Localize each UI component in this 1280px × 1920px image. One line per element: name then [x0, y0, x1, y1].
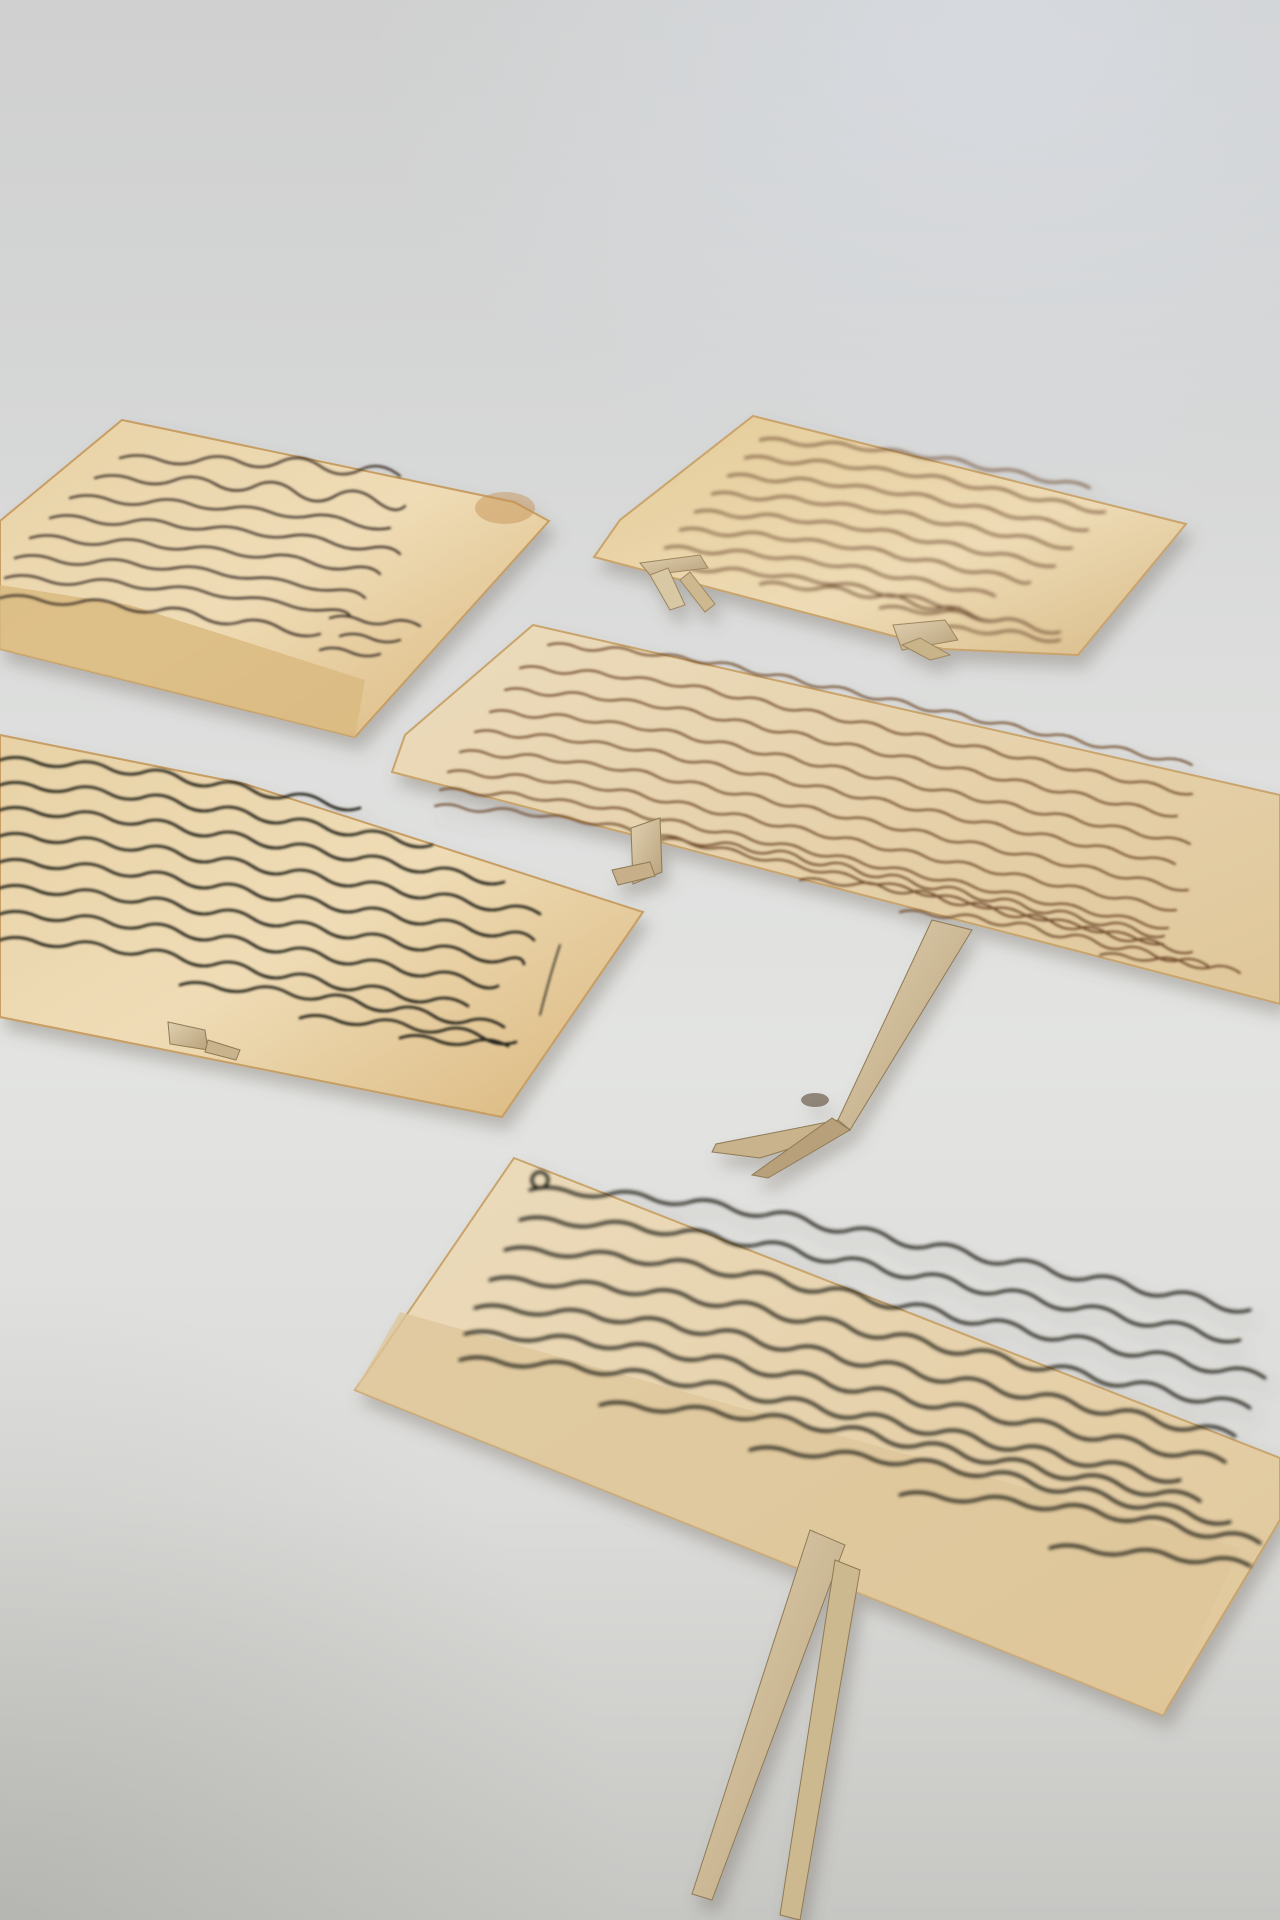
charter-top-right [594, 416, 1186, 660]
stain [475, 492, 535, 524]
charter-bottom [355, 1158, 1280, 1920]
photo-scene [0, 0, 1280, 1920]
seal-tag-long [712, 920, 972, 1178]
seal-tag-hanging [692, 1530, 860, 1920]
seal-tag-right [893, 620, 958, 660]
tag-stain [801, 1093, 829, 1107]
